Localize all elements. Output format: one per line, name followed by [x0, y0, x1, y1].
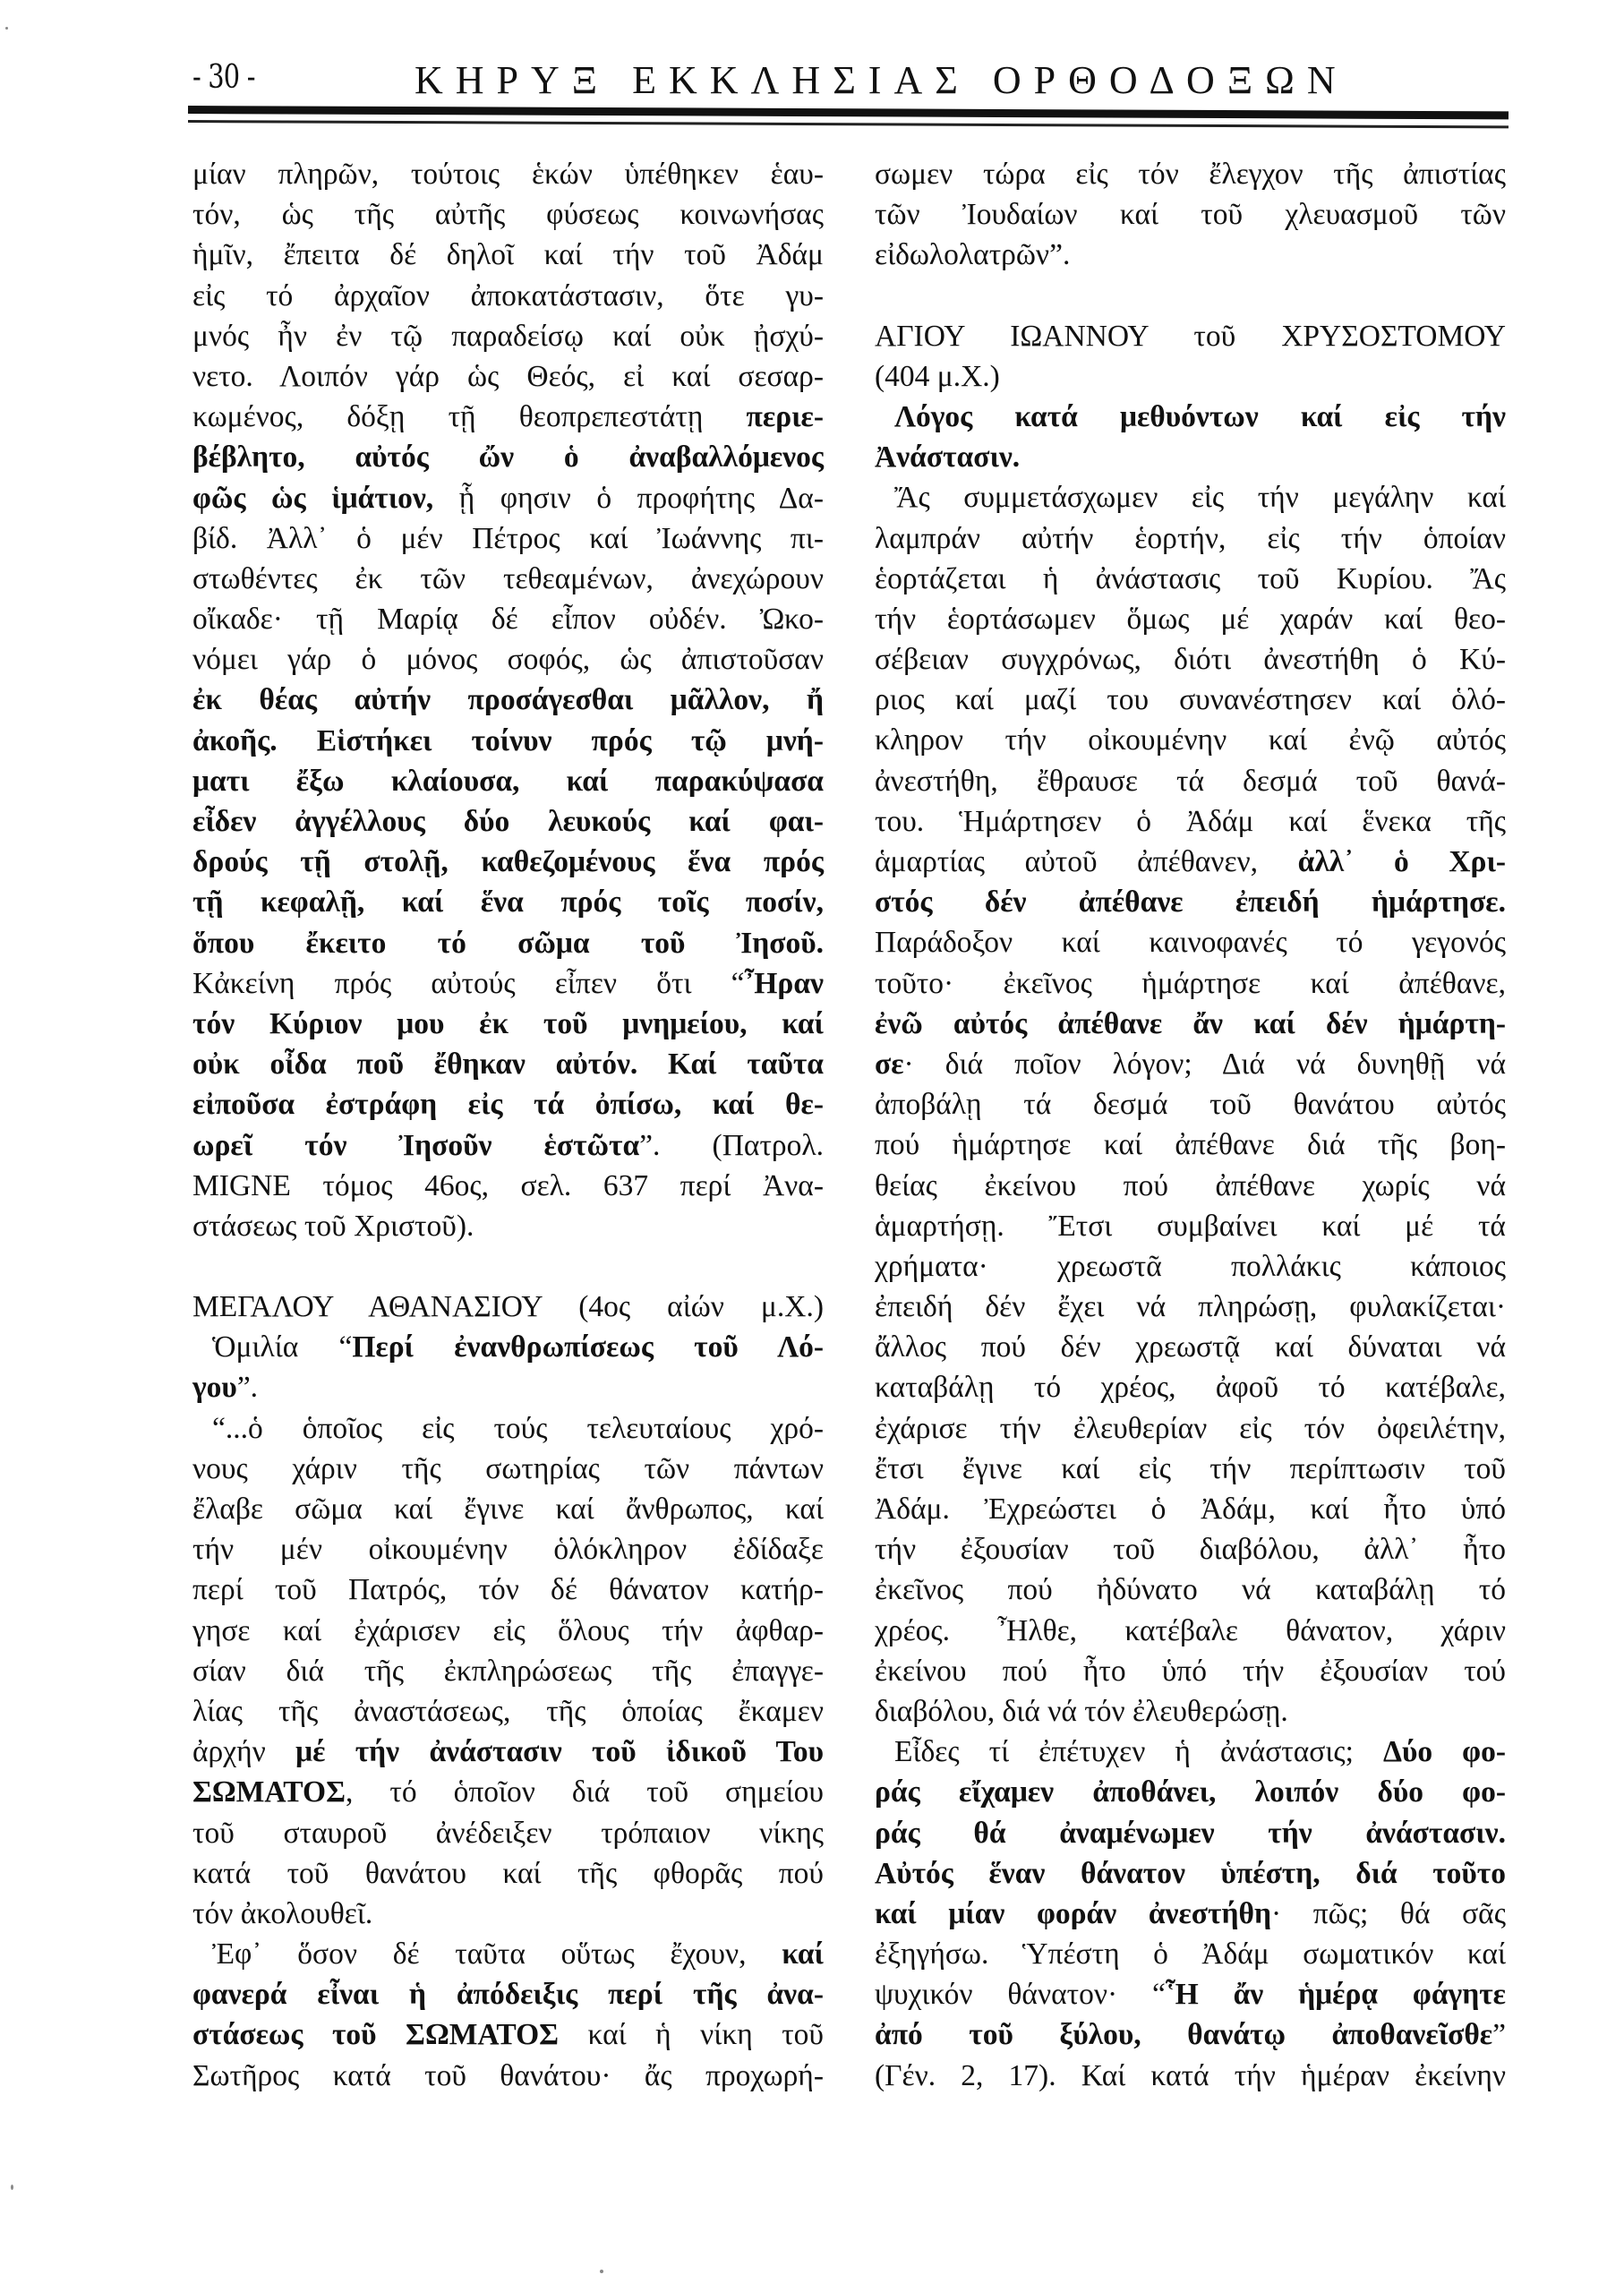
bold-text: ράς εἴχαμεν ἀποθάνει, λοιπόν δύο φο- [875, 1775, 1506, 1809]
bold-text: Ἧ ἄν ἡμέρᾳ φάγητε [1166, 1978, 1506, 2011]
text-line: ἀνεστήθη, ἔθραυσε τά δεσμά τοῦ θανά- [875, 761, 1506, 801]
text-line: ἀποβάλῃ τά δεσμά τοῦ θανάτου αὐτός [875, 1084, 1506, 1125]
text-run: ριος καί μαζί του συνανέστησεν καί ὁλό- [875, 683, 1506, 716]
text-line: σε· διά ποῖον λόγον; Διά νά δυνηθῇ νά [875, 1044, 1506, 1084]
text-run: χρέος. Ἦλθε, κατέβαλε θάνατον, χάριν [875, 1614, 1506, 1647]
text-line: ράς εἴχαμεν ἀποθάνει, λοιπόν δύο φο- [875, 1772, 1506, 1812]
bold-text: γου [192, 1371, 237, 1404]
text-line: ἁμαρτήσῃ. Ἔτσι συμβαίνει καί μέ τά [875, 1206, 1506, 1246]
text-line: νους χάριν τῆς σωτηρίας τῶν πάντων [192, 1449, 824, 1489]
text-line: χρήματα· χρεωστᾶ πολλάκις κάποιος [875, 1246, 1506, 1287]
text-run: ἁμαρτήσῃ. Ἔτσι συμβαίνει καί μέ τά [875, 1210, 1506, 1243]
bold-text: ράς θά ἀναμένωμεν τήν ἀνάστασιν. [875, 1817, 1506, 1850]
text-line: ωρεῖ τόν Ἰησοῦν ἑστῶτα”. (Πατρολ. [192, 1125, 824, 1166]
text-run: οἴκαδε· τῇ Μαρίᾳ δέ εἶπον οὐδέν. Ὠκο- [192, 603, 824, 636]
masthead-title: ΚΗΡΥΞ ΕΚΚΛΗΣΙΑΣ ΟΡΘΟΔΟΞΩΝ [415, 57, 1348, 103]
text-line: ἡμῖν, ἔπειτα δέ δηλοῖ καί τήν τοῦ Ἀδάμ [192, 235, 824, 275]
text-run: ”. (Πατρολ. [639, 1129, 824, 1162]
text-line: Ἐφ᾽ ὅσον δέ ταῦτα οὕτως ἔχουν, καί [192, 1934, 824, 1974]
text-line: κληρον τήν οἰκουμένην καί ἐνῷ αὐτός [875, 720, 1506, 760]
text-run: θείας ἐκείνου πού ἀπέθανε χωρίς νά [875, 1169, 1506, 1202]
text-line: τοῦ σταυροῦ ἀνέδειξεν τρόπαιον νίκης [192, 1813, 824, 1853]
text-line: στάσεως τοῦ Χριστοῦ). [192, 1206, 824, 1246]
text-line: ἑορτάζεται ἡ ἀνάστασις τοῦ Κυρίου. Ἄς [875, 559, 1506, 599]
text-run: ἐπειδή δέν ἔχει νά πληρώσῃ, φυλακίζεται· [875, 1290, 1506, 1323]
bold-text: ΣΩΜΑΤΟΣ [192, 1775, 346, 1809]
text-run: (404 μ.Χ.) [875, 360, 1000, 393]
text-run: Ὁμιλία “ [212, 1330, 352, 1364]
bold-text: καί μίαν φοράν ἀνεστήθη [875, 1897, 1271, 1930]
text-line: ἄλλος πού δέν χρεωστᾷ καί δύναται νά [875, 1327, 1506, 1367]
text-run: ἐκεῖνος πού ἠδύνατο νά καταβάλῃ τό [875, 1573, 1506, 1606]
text-line: σέβειαν συγχρόνως, διότι ἀνεστήθη ὁ Κύ- [875, 639, 1506, 680]
scan-speck [5, 27, 8, 30]
text-run: Ἐφ᾽ ὅσον δέ ταῦτα οὕτως ἔχουν, [212, 1937, 782, 1971]
text-line: ἐκεῖνος πού ἠδύνατο νά καταβάλῃ τό [875, 1569, 1506, 1610]
bold-text: Αὐτός ἕναν θάνατον ὑπέστη, διά τοῦτο [875, 1857, 1506, 1890]
text-line: γου”. [192, 1367, 824, 1407]
text-run: ἑορτάζεται ἡ ἀνάστασις τοῦ Κυρίου. Ἄς [875, 562, 1506, 595]
bold-text: Ἦραν [745, 967, 824, 1000]
text-run: ” [1492, 2018, 1506, 2051]
text-line: MIGNE τόμος 46ος, σελ. 637 περί Ἀνα- [192, 1166, 824, 1206]
text-run: · πῶς; θά σᾶς [1271, 1897, 1506, 1930]
text-line: καί μίαν φοράν ἀνεστήθη· πῶς; θά σᾶς [875, 1894, 1506, 1934]
text-line: περί τοῦ Πατρός, τόν δέ θάνατον κατήρ- [192, 1569, 824, 1610]
text-run: τοῦ σταυροῦ ἀνέδειξεν τρόπαιον νίκης [192, 1817, 824, 1850]
text-line: του. Ἡμάρτησεν ὁ Ἀδάμ καί ἕνεκα τῆς [875, 801, 1506, 842]
text-run: ΑΓΙΟΥ ΙΩΑΝΝΟΥ τοῦ ΧΡΥΣΟΣΤΟΜΟΥ [875, 320, 1506, 353]
text-line: ἐκ θέας αὐτήν προσάγεσθαι μᾶλλον, ἤ [192, 680, 824, 720]
text-line: βέβλητο, αὐτός ὤν ὁ ἀναβαλλόμενος [192, 437, 824, 477]
text-line: (Γέν. 2, 17). Καί κατά τήν ἡμέραν ἐκείνη… [875, 2056, 1506, 2096]
text-line: τῶν Ἰουδαίων καί τοῦ χλευασμοῦ τῶν [875, 194, 1506, 235]
text-line: γησε καί ἐχάρισεν εἰς ὅλους τήν ἀφθαρ- [192, 1611, 824, 1651]
text-run: χρήματα· χρεωστᾶ πολλάκις κάποιος [875, 1250, 1506, 1283]
text-line: φῶς ὡς ἱμάτιον, ᾗ φησιν ὁ προφήτης Δα- [192, 478, 824, 518]
text-run: ἀρχήν [192, 1735, 295, 1768]
text-line: κατά τοῦ θανάτου καί τῆς φθορᾶς πού [192, 1853, 824, 1894]
text-run: Ἀδάμ. Ἐχρεώστει ὁ Ἀδάμ, καί ἦτο ὑπό [875, 1492, 1506, 1526]
right-column: σωμεν τώρα εἰς τόν ἔλεγχον τῆς ἀπιστίαςτ… [875, 154, 1506, 2096]
text-run: κωμένος, δόξῃ τῇ θεοπρεπεστάτῃ [192, 400, 747, 433]
scan-speck [11, 2185, 13, 2190]
text-line: οἴκαδε· τῇ Μαρίᾳ δέ εἶπον οὐδέν. Ὠκο- [192, 599, 824, 639]
text-run: ψυχικόν θάνατον· “ [875, 1978, 1166, 2011]
text-line: Λόγος κατά μεθυόντων καί εἰς τήν [875, 397, 1506, 437]
text-line: ψυχικόν θάνατον· “Ἧ ἄν ἡμέρᾳ φάγητε [875, 1974, 1506, 2014]
bold-text: Περί ἐνανθρωπίσεως τοῦ Λό- [352, 1330, 824, 1364]
bold-text: τόν Κύριον μου ἐκ τοῦ μνημείου, καί [192, 1007, 824, 1040]
bold-text: τῇ κεφαλῇ, καί ἕνα πρός τοῖς ποσίν, [192, 885, 824, 919]
text-run: γησε καί ἐχάρισεν εἰς ὅλους τήν ἀφθαρ- [192, 1614, 824, 1647]
text-run: ᾗ φησιν ὁ προφήτης Δα- [433, 482, 824, 515]
bold-text: μέ τήν ἀνάστασιν τοῦ ἰδικοῦ Του [295, 1735, 824, 1768]
bold-text: ἀκοῆς. Εἱστήκει τοίνυν πρός τῷ μνή- [192, 724, 824, 757]
bold-text: σε [875, 1048, 904, 1081]
bold-text: Ἀνάστασιν. [875, 440, 1020, 474]
text-line: μνός ἦν ἐν τῷ παραδείσῳ καί οὐκ ᾐσχύ- [192, 316, 824, 356]
text-run: · διά ποῖον λόγον; Διά νά δυνηθῇ νά [904, 1048, 1506, 1081]
text-run: τήν ἐξουσίαν τοῦ διαβόλου, ἀλλ᾽ ἦτο [875, 1533, 1506, 1566]
text-run: Παράδοξον καί καινοφανές τό γεγονός [875, 926, 1506, 959]
text-line: τόν Κύριον μου ἐκ τοῦ μνημείου, καί [192, 1004, 824, 1044]
text-line: σωμεν τώρα εἰς τόν ἔλεγχον τῆς ἀπιστίας [875, 154, 1506, 194]
text-line: ριος καί μαζί του συνανέστησεν καί ὁλό- [875, 680, 1506, 720]
text-run: του. Ἡμάρτησεν ὁ Ἀδάμ καί ἕνεκα τῆς [875, 805, 1506, 838]
text-run: Ἄς συμμετάσχωμεν εἰς τήν μεγάλην καί [894, 481, 1506, 514]
text-run: τῶν Ἰουδαίων καί τοῦ χλευασμοῦ τῶν [875, 198, 1506, 231]
text-run: ἡμῖν, ἔπειτα δέ δηλοῖ καί τήν τοῦ Ἀδάμ [192, 238, 824, 271]
bold-text: ματι ἔξω κλαίουσα, καί παρακύψασα [192, 765, 824, 798]
text-line: χρέος. Ἦλθε, κατέβαλε θάνατον, χάριν [875, 1611, 1506, 1651]
text-run: νετο. Λοιπόν γάρ ὡς Θεός, εἰ καί σεσαρ- [192, 360, 824, 393]
text-line: Παράδοξον καί καινοφανές τό γεγονός [875, 922, 1506, 962]
text-line: ὅπου ἔκειτο τό σῶμα τοῦ Ἰησοῦ. [192, 923, 824, 963]
text-line: “...ὁ ὁποῖος εἰς τούς τελευταίους χρό- [192, 1408, 824, 1449]
text-run: καταβάλῃ τό χρέος, ἀφοῦ τό κατέβαλε, [875, 1371, 1506, 1404]
text-run: στωθέντες ἐκ τῶν τεθεαμένων, ἀνεχώρουν [192, 562, 824, 595]
text-line: τῇ κεφαλῇ, καί ἕνα πρός τοῖς ποσίν, [192, 882, 824, 922]
text-line: ἐπειδή δέν ἔχει νά πληρώσῃ, φυλακίζεται· [875, 1287, 1506, 1327]
text-run: (Γέν. 2, 17). Καί κατά τήν ἡμέραν ἐκείνη… [875, 2059, 1506, 2092]
text-run: Κἀκείνη πρός αὐτούς εἶπεν ὅτι “ [192, 967, 745, 1000]
text-line: εἰς τό ἀρχαῖον ἀποκατάστασιν, ὅτε γυ- [192, 276, 824, 316]
text-run: νόμει γάρ ὁ μόνος σοφός, ὡς ἀπιστοῦσαν [192, 643, 824, 676]
text-line: τήν ἑορτάσωμεν ὅμως μέ χαράν καί θεο- [875, 599, 1506, 639]
text-line: ἐχάρισε τήν ἐλευθερίαν εἰς τόν ὀφειλέτην… [875, 1408, 1506, 1449]
text-run: ἐχάρισε τήν ἐλευθερίαν εἰς τόν ὀφειλέτην… [875, 1412, 1506, 1445]
text-line: στάσεως τοῦ ΣΩΜΑΤΟΣ καί ἡ νίκη τοῦ [192, 2014, 824, 2055]
text-run: MIGNE τόμος 46ος, σελ. 637 περί Ἀνα- [192, 1169, 824, 1202]
bold-text: Λόγος κατά μεθυόντων καί εἰς τήν [894, 400, 1506, 433]
text-line: ἔτσι ἔγινε καί εἰς τήν περίπτωσιν τοῦ [875, 1449, 1506, 1489]
bold-text: Δύο φο- [1383, 1735, 1506, 1768]
bold-text: ἀλλ᾽ ὁ Χρι- [1298, 845, 1506, 878]
text-line: ματι ἔξω κλαίουσα, καί παρακύψασα [192, 761, 824, 801]
text-line: οὐκ οἶδα ποῦ ἔθηκαν αὐτόν. Καί ταῦτα [192, 1044, 824, 1084]
bold-text: ἀπό τοῦ ξύλου, θανάτῳ ἀποθανεῖσθε [875, 2018, 1492, 2051]
text-run: πού ἡμάρτησε καί ἀπέθανε διά τῆς βοη- [875, 1128, 1506, 1161]
text-run: τοῦτο· ἐκεῖνος ἡμάρτησε καί ἀπέθανε, [875, 967, 1506, 1000]
text-run: , τό ὁποῖον διά τοῦ σημείου [346, 1775, 824, 1809]
text-line: Ἀνάστασιν. [875, 437, 1506, 477]
document-page: - 30 - ΚΗΡΥΞ ΕΚΚΛΗΣΙΑΣ ΟΡΘΟΔΟΞΩΝ μίαν πλ… [0, 0, 1624, 2292]
text-line: εἰδωλολατρῶν”. [875, 235, 1506, 275]
bold-text: περιε- [747, 400, 824, 433]
text-line: μίαν πληρῶν, τούτοις ἑκών ὑπέθηκεν ἑαυ- [192, 154, 824, 194]
bold-text: φῶς ὡς ἱμάτιον, [192, 482, 433, 515]
text-run: κατά τοῦ θανάτου καί τῆς φθορᾶς πού [192, 1857, 824, 1890]
text-run: στάσεως τοῦ Χριστοῦ). [192, 1210, 474, 1243]
text-run: σίαν διά τῆς ἐκπληρώσεως τῆς ἐπαγγε- [192, 1655, 824, 1688]
text-line: τήν ἐξουσίαν τοῦ διαβόλου, ἀλλ᾽ ἦτο [875, 1529, 1506, 1569]
text-run: ”. [237, 1371, 258, 1404]
bold-text: στός δέν ἀπέθανε ἐπειδή ἡμάρτησε. [875, 885, 1506, 919]
text-run: ἄλλος πού δέν χρεωστᾷ καί δύναται νά [875, 1330, 1506, 1364]
text-line: εἶδεν ἀγγέλλους δύο λευκούς καί φαι- [192, 801, 824, 842]
text-run: “...ὁ ὁποῖος εἰς τούς τελευταίους χρό- [212, 1412, 824, 1445]
text-line: σίαν διά τῆς ἐκπληρώσεως τῆς ἐπαγγε- [192, 1651, 824, 1691]
text-line: Εἶδες τί ἐπέτυχεν ἡ ἀνάστασις; Δύο φο- [875, 1732, 1506, 1772]
text-run: ἀποβάλῃ τά δεσμά τοῦ θανάτου αὐτός [875, 1088, 1506, 1121]
text-line: Κἀκείνη πρός αὐτούς εἶπεν ὅτι “Ἦραν [192, 963, 824, 1004]
text-run: τήν ἑορτάσωμεν ὅμως μέ χαράν καί θεο- [875, 603, 1506, 636]
text-run: λαμπράν αὐτήν ἑορτήν, εἰς τήν ὁποίαν [875, 522, 1506, 555]
text-line: φανερά εἶναι ἡ ἀπόδειξις περί τῆς ἀνα- [192, 1974, 824, 2014]
left-column: μίαν πληρῶν, τούτοις ἑκών ὑπέθηκεν ἑαυ-τ… [192, 154, 824, 2096]
text-run: σωμεν τώρα εἰς τόν ἔλεγχον τῆς ἀπιστίας [875, 158, 1506, 191]
text-line: ΜΕΓΑΛΟΥ ΑΘΑΝΑΣΙΟΥ (4ος αἰών μ.Χ.) [192, 1287, 824, 1327]
text-line: ἀκοῆς. Εἱστήκει τοίνυν πρός τῷ μνή- [192, 721, 824, 761]
text-run: καί ἡ νίκη τοῦ [559, 2018, 824, 2051]
text-line: ἐκείνου πού ἦτο ὑπό τήν ἐξουσίαν τού [875, 1651, 1506, 1691]
text-run: κληρον τήν οἰκουμένην καί ἐνῷ αὐτός [875, 723, 1506, 757]
text-run: τόν ἀκολουθεῖ. [192, 1897, 372, 1930]
text-line: θείας ἐκείνου πού ἀπέθανε χωρίς νά [875, 1166, 1506, 1206]
text-line: τόν ἀκολουθεῖ. [192, 1894, 824, 1934]
text-line: τόν, ὡς τῆς αὐτῆς φύσεως κοινωνήσας [192, 194, 824, 235]
text-run: διαβόλου, διά νά τόν ἐλευθερώσῃ. [875, 1695, 1288, 1728]
text-run: ἐξηγήσω. Ὑπέστη ὁ Ἀδάμ σωματικόν καί [875, 1937, 1506, 1971]
text-line: πού ἡμάρτησε καί ἀπέθανε διά τῆς βοη- [875, 1125, 1506, 1165]
bold-text: βέβλητο, αὐτός ὤν ὁ ἀναβαλλόμενος [192, 440, 824, 474]
text-run: ἔτσι ἔγινε καί εἰς τήν περίπτωσιν τοῦ [875, 1452, 1506, 1485]
text-run: βίδ. Ἀλλ᾽ ὁ μέν Πέτρος καί Ἰωάννης πι- [192, 522, 824, 555]
page-number: - 30 - [192, 59, 255, 96]
text-line: ἐνῶ αὐτός ἀπέθανε ἄν καί δέν ἡμάρτη- [875, 1004, 1506, 1044]
text-run: ἀνεστήθη, ἔθραυσε τά δεσμά τοῦ θανά- [875, 765, 1506, 798]
bold-text: εἶδεν ἀγγέλλους δύο λευκούς καί φαι- [192, 805, 824, 838]
text-line: ΑΓΙΟΥ ΙΩΑΝΝΟΥ τοῦ ΧΡΥΣΟΣΤΟΜΟΥ [875, 316, 1506, 356]
text-run: Εἶδες τί ἐπέτυχεν ἡ ἀνάστασις; [894, 1735, 1383, 1768]
text-run: σέβειαν συγχρόνως, διότι ἀνεστήθη ὁ Κύ- [875, 643, 1506, 676]
text-line: (404 μ.Χ.) [875, 356, 1506, 397]
text-line: ἀρχήν μέ τήν ἀνάστασιν τοῦ ἰδικοῦ Του [192, 1732, 824, 1772]
bold-text: ὅπου ἔκειτο τό σῶμα τοῦ Ἰησοῦ. [192, 927, 824, 960]
bold-text: οὐκ οἶδα ποῦ ἔθηκαν αὐτόν. Καί ταῦτα [192, 1048, 824, 1081]
text-line: λίας τῆς ἀναστάσεως, τῆς ὁποίας ἔκαμεν [192, 1691, 824, 1732]
text-line: ἀπό τοῦ ξύλου, θανάτῳ ἀποθανεῖσθε” [875, 2014, 1506, 2055]
text-line: εἰποῦσα ἐστράφη εἰς τά ὀπίσω, καί θε- [192, 1084, 824, 1125]
text-run: μίαν πληρῶν, τούτοις ἑκών ὑπέθηκεν ἑαυ- [192, 158, 824, 191]
bold-text: φανερά εἶναι ἡ ἀπόδειξις περί τῆς ἀνα- [192, 1978, 824, 2011]
text-run: ἁμαρτίας αὐτοῦ ἀπέθανεν, [875, 845, 1298, 878]
text-line: τοῦτο· ἐκεῖνος ἡμάρτησε καί ἀπέθανε, [875, 963, 1506, 1004]
text-line: ἔλαβε σῶμα καί ἔγινε καί ἄνθρωπος, καί [192, 1489, 824, 1529]
text-line: στωθέντες ἐκ τῶν τεθεαμένων, ἀνεχώρουν [192, 559, 824, 599]
text-run: εἰς τό ἀρχαῖον ἀποκατάστασιν, ὅτε γυ- [192, 279, 824, 312]
text-run: νους χάριν τῆς σωτηρίας τῶν πάντων [192, 1452, 824, 1485]
bold-text: καί [782, 1937, 824, 1971]
bold-text: εἰποῦσα ἐστράφη εἰς τά ὀπίσω, καί θε- [192, 1088, 824, 1121]
text-line: τήν μέν οἰκουμένην ὁλόκληρον ἐδίδαξε [192, 1529, 824, 1569]
text-run: λίας τῆς ἀναστάσεως, τῆς ὁποίας ἔκαμεν [192, 1695, 824, 1728]
text-run: μνός ἦν ἐν τῷ παραδείσῳ καί οὐκ ᾐσχύ- [192, 320, 824, 353]
text-line: Αὐτός ἕναν θάνατον ὑπέστη, διά τοῦτο [875, 1853, 1506, 1894]
text-line: ἐξηγήσω. Ὑπέστη ὁ Ἀδάμ σωματικόν καί [875, 1934, 1506, 1974]
text-line: βίδ. Ἀλλ᾽ ὁ μέν Πέτρος καί Ἰωάννης πι- [192, 518, 824, 559]
scan-speck [600, 2270, 603, 2273]
text-run: ἔλαβε σῶμα καί ἔγινε καί ἄνθρωπος, καί [192, 1492, 824, 1526]
text-run: εἰδωλολατρῶν”. [875, 238, 1070, 271]
text-run: τόν, ὡς τῆς αὐτῆς φύσεως κοινωνήσας [192, 198, 824, 231]
text-line: Σωτῆρος κατά τοῦ θανάτου· ἄς προχωρή- [192, 2056, 824, 2096]
text-line: ἁμαρτίας αὐτοῦ ἀπέθανεν, ἀλλ᾽ ὁ Χρι- [875, 842, 1506, 882]
bold-text: δρούς τῇ στολῇ, καθεζομένους ἕνα πρός [192, 845, 824, 878]
bold-text: ἐκ θέας αὐτήν προσάγεσθαι μᾶλλον, ἤ [192, 683, 824, 716]
text-line: Ἀδάμ. Ἐχρεώστει ὁ Ἀδάμ, καί ἦτο ὑπό [875, 1489, 1506, 1529]
text-line: νόμει γάρ ὁ μόνος σοφός, ὡς ἀπιστοῦσαν [192, 639, 824, 680]
text-line: ΣΩΜΑΤΟΣ, τό ὁποῖον διά τοῦ σημείου [192, 1772, 824, 1812]
text-run: περί τοῦ Πατρός, τόν δέ θάνατον κατήρ- [192, 1573, 824, 1606]
text-line: διαβόλου, διά νά τόν ἐλευθερώσῃ. [875, 1691, 1506, 1732]
text-line: νετο. Λοιπόν γάρ ὡς Θεός, εἰ καί σεσαρ- [192, 356, 824, 397]
bold-text: ωρεῖ τόν Ἰησοῦν ἑστῶτα [192, 1129, 639, 1162]
text-run: ἐκείνου πού ἦτο ὑπό τήν ἐξουσίαν τού [875, 1655, 1506, 1688]
text-run: τήν μέν οἰκουμένην ὁλόκληρον ἐδίδαξε [192, 1533, 824, 1566]
text-line: Ὁμιλία “Περί ἐνανθρωπίσεως τοῦ Λό- [192, 1327, 824, 1367]
text-line: δρούς τῇ στολῇ, καθεζομένους ἕνα πρός [192, 842, 824, 882]
bold-text: ἐνῶ αὐτός ἀπέθανε ἄν καί δέν ἡμάρτη- [875, 1007, 1506, 1040]
text-line: ράς θά ἀναμένωμεν τήν ἀνάστασιν. [875, 1813, 1506, 1853]
text-run: Σωτῆρος κατά τοῦ θανάτου· ἄς προχωρή- [192, 2059, 824, 2092]
text-line: Ἄς συμμετάσχωμεν εἰς τήν μεγάλην καί [875, 477, 1506, 517]
text-line: κωμένος, δόξῃ τῇ θεοπρεπεστάτῃ περιε- [192, 397, 824, 437]
bold-text: στάσεως τοῦ ΣΩΜΑΤΟΣ [192, 2018, 559, 2051]
text-run: ΜΕΓΑΛΟΥ ΑΘΑΝΑΣΙΟΥ (4ος αἰών μ.Χ.) [192, 1290, 824, 1323]
text-line: στός δέν ἀπέθανε ἐπειδή ἡμάρτησε. [875, 882, 1506, 922]
text-line: καταβάλῃ τό χρέος, ἀφοῦ τό κατέβαλε, [875, 1367, 1506, 1407]
text-line: λαμπράν αὐτήν ἑορτήν, εἰς τήν ὁποίαν [875, 518, 1506, 559]
